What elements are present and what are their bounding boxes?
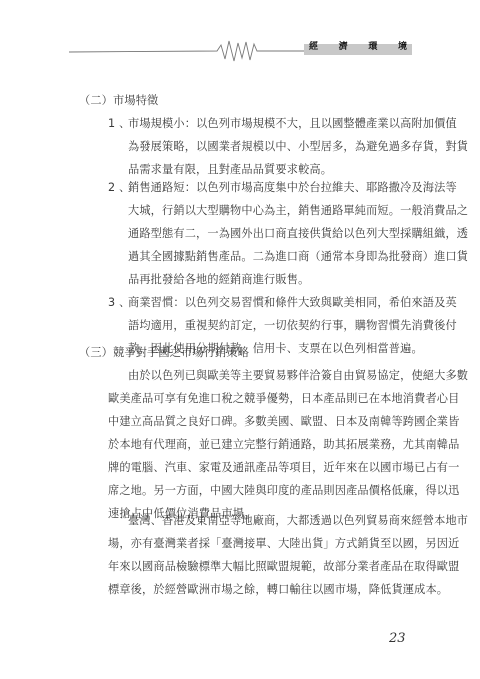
paragraph-line: 年來以國商品檢驗標準大幅比照歐盟規範，故部分業者產品在取得歐盟 bbox=[108, 560, 459, 574]
running-header: 經 濟 環 境 bbox=[0, 0, 480, 70]
list-item-text: 語均適用，重視契約訂定，一切依契約行事，購物習慣先消費後付 bbox=[128, 319, 457, 333]
section-heading: （三）競爭對手國之市場行銷策略 bbox=[79, 346, 249, 360]
list-item-text: 通路型態有二，一為國外出口商直接供貨給以色列大型採購組織，透 bbox=[128, 227, 468, 241]
chapter-title-bar: 經 濟 環 境 bbox=[304, 44, 412, 55]
paragraph-line: 標章後，於經營歐洲市場之餘，轉口輸往以國市場，降低貨運成本。 bbox=[108, 583, 448, 597]
list-item-text: 品需求量有限，且對產品品質要求較高。 bbox=[128, 163, 332, 177]
chapter-title-char: 環 bbox=[368, 43, 377, 52]
paragraph-line: 場，亦有臺灣業者採「臺灣接單、大陸出貨」方式銷貨至以國，另因近 bbox=[108, 537, 459, 551]
list-item-text: 過其全國據點銷售產品。二為進口商（通常本身即為批發商）進口貨 bbox=[128, 250, 468, 264]
header-zigzag-line-icon bbox=[0, 0, 480, 70]
paragraph-line: 臺灣、香港及東南亞等地廠商，大都透過以色列貿易商來經營本地市 bbox=[128, 514, 468, 528]
list-item-number: 2 、 bbox=[108, 181, 130, 195]
list-item-text: 品再批發給各地的經銷商進行販售。 bbox=[128, 273, 309, 287]
paragraph-line: 牌的電腦、汽車、家電及通訊產品等項目，近年來在以國市場已占有一 bbox=[108, 461, 459, 475]
list-item-text: 大城，行銷以大型購物中心為主，銷售通路單純而短。一般消費品之 bbox=[128, 204, 468, 218]
list-item-text: 商業習慣：以色列交易習慣和條件大致與歐美相同，希伯來語及英 bbox=[128, 296, 457, 310]
list-item-text: 市場規模小：以色列市場規模不大，且以國整體產業以高附加價值 bbox=[128, 117, 457, 131]
paragraph-line: 席之地。另一方面，中國大陸與印度的產品則因產品價格低廉，得以迅 bbox=[108, 484, 459, 498]
chapter-title-char: 境 bbox=[398, 43, 407, 52]
paragraph-line: 歐美產品可享有免進口稅之競爭優勢，日本產品則已在本地消費者心目 bbox=[108, 392, 459, 406]
paragraph-line: 由於以色列已與歐美等主要貿易夥伴洽簽自由貿易協定，使絕大多數 bbox=[128, 369, 468, 383]
list-item-text: 為發展策略，以國業者規模以中、小型居多，為避免過多存貨，對貨 bbox=[128, 140, 468, 154]
list-item-number: 3 、 bbox=[108, 296, 130, 310]
list-item-number: 1 、 bbox=[108, 117, 130, 131]
paragraph-line: 中建立高品質之良好口碑。多數美國、歐盟、日本及南韓等跨國企業皆 bbox=[108, 415, 459, 429]
list-item-text: 銷售通路短：以色列市場高度集中於台拉維夫、耶路撒冷及海法等 bbox=[128, 181, 457, 195]
paragraph-line: 於本地有代理商，並已建立完整行銷通路，助其拓展業務，尤其南韓品 bbox=[108, 438, 459, 452]
chapter-title-char: 濟 bbox=[339, 43, 348, 52]
page-number: 23 bbox=[389, 631, 406, 646]
chapter-title-char: 經 bbox=[309, 43, 318, 52]
section-heading: （二）市場特徵 bbox=[79, 94, 158, 108]
